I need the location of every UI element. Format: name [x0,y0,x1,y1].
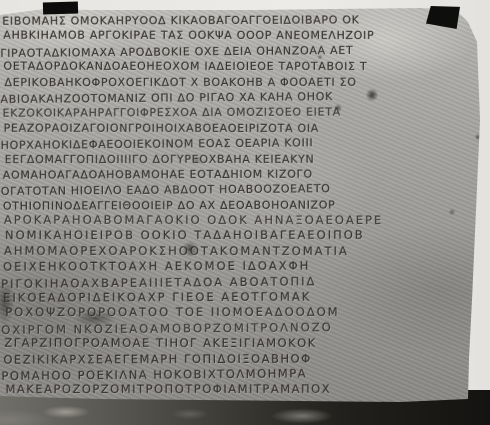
inscription-line: ΕΚΖΟΚΟΙΚΑΡΑΗΡΑΓΓΟΙΦΡΕΣΧΟΑ ΔΙΑ ΟΜΟΖΙΣΟΕΟ … [3,105,479,122]
inscription-line: ΑΗΜΟΜΑΟΡΕΧΟΑΡΟΚΣΗΟΟΤΑΚΟΜΑΝΤΖΟΜΑΤΙΑ [4,244,480,260]
inscription-line: ΟΤΗΙΟΠΙΝΟΔΕΑΓΓΕΙΘΟΟΙΕΙΡ ΔΟ ΑΧ ΔΕΟΑΒΟΗΟΑΝ… [3,197,479,214]
inscription-line: ΜΑΚΕΑΡΟΖΟΡΖΟΜΙΤΡΟΠΟΤΡΟΦΙΑΜΙΤΡΑΜΑΠΟΧ [6,382,482,398]
inscription-line: ΖΓΑΡΖΙΠΟΓΡΟΑΜΟΑΕ ΤΙΗΟΓ ΑΚΕΞΙΓΙΑΜΟΚΟΚ [4,336,480,352]
inscription-line: ΕΙΒΟΜΑΗΣ ΟΜΟΚΑΗΡΥΟΟΔ ΚΙΚΑΟΒΑΓΟΑΓΓΟΕΙΔΟΙΒ… [2,12,478,29]
dark-mark-top-left [43,2,78,15]
inscription-line: ΝΟΜΙΚΑΗΟΙΕΙΡΟΒ ΟΟΚΙΟ ΤΑΔΑΗΟΙΒΑΓΕΑΕΟΙΠΟΒ [5,228,481,244]
inscription-photo: ΕΙΒΟΜΑΗΣ ΟΜΟΚΑΗΡΥΟΟΔ ΚΙΚΑΟΒΑΓΟΑΓΓΟΕΙΔΟΙΒ… [0,0,490,425]
inscription-text: ΕΙΒΟΜΑΗΣ ΟΜΟΚΑΗΡΥΟΟΔ ΚΙΚΑΟΒΑΓΟΑΓΓΟΕΙΔΟΙΒ… [2,12,479,398]
inscription-line: ΗΟΡΧΑΗΟΚΙΔΕΦΑΕΟΟΙΕΚΟΙΝΟΜ ΕΟΑΣ ΟΕΑΡΙΑ ΚΟΙ… [1,134,477,154]
inscription-line: ΟΕΤΑΔΟΡΔΟΚΑΝΔΟΑΕΟΗΕΟΧΟΜ ΙΑΔΕΙΟΙΕΟΕ ΤΑΡΟΤ… [4,59,480,75]
inscription-line: ΕΕΓΔΟΜΑΓΓΟΠΙΔΟΙΙΙΙΓΟ ΔΟΓΥΡΕΟΧΒΑΗΑ ΚΕΙΕΑΚ… [5,151,481,167]
stone-tablet: ΕΙΒΟΜΑΗΣ ΟΜΟΚΑΗΡΥΟΟΔ ΚΙΚΑΟΒΑΓΟΑΓΓΟΕΙΔΟΙΒ… [0,0,481,403]
inscription-line: ΑΡΟΚΑΡΑΗΟΑΒΟΜΑΓΑΟΚΙΟ ΟΔΟΚ ΑΗΝΑΞΟΑΕΟΑΕΡΕ [4,213,480,229]
